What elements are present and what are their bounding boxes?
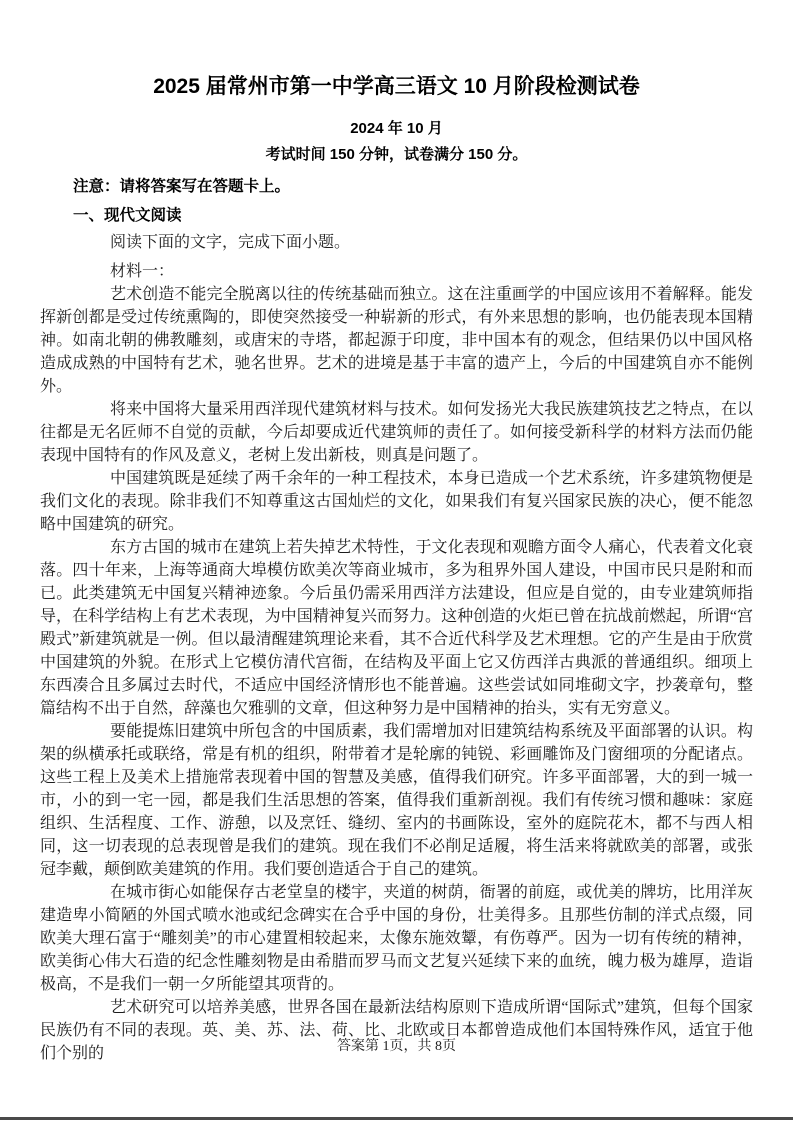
page-bottom-scan-border [0,1117,793,1120]
material-paragraph-3: 中国建筑既是延续了两千余年的一种工程技术，本身已造成一个艺术系统，许多建筑物便是… [40,467,753,536]
answer-sheet-notice: 注意：请将答案写在答题卡上。 [40,177,753,196]
material-paragraph-5: 要能提炼旧建筑中所包含的中国质素，我们需增加对旧建筑结构系统及平面部署的认识。构… [40,720,753,881]
material-paragraph-1: 艺术创造不能完全脱离以往的传统基础而独立。这在注重画学的中国应该用不着解释。能发… [40,283,753,398]
material-paragraph-6: 在城市街心如能保存古老堂皇的楼宇，夹道的树荫，衙署的前庭，或优美的牌坊，比用洋灰… [40,881,753,996]
page-number-footer: 答案第 1页，共 8页 [0,1038,793,1056]
exam-duration-info: 考试时间 150 分钟，试卷满分 150 分。 [40,146,753,164]
reading-instruction: 阅读下面的文字，完成下面小题。 [40,231,753,254]
exam-date: 2024 年 10 月 [40,120,753,138]
material-paragraph-2: 将来中国将大量采用西洋现代建筑材料与技术。如何发扬光大我民族建筑技艺之特点，在以… [40,398,753,467]
material-one-label: 材料一： [40,260,753,283]
exam-paper-page: 2025 届常州市第一中学高三语文 10 月阶段检测试卷 2024 年 10 月… [0,0,793,1122]
section-heading-modern-reading: 一、现代文阅读 [40,206,753,225]
material-paragraph-4: 东方古国的城市在建筑上若失掉艺术特性，于文化表现和观瞻方面令人痛心，代表着文化衰… [40,536,753,720]
page-title: 2025 届常州市第一中学高三语文 10 月阶段检测试卷 [40,74,753,100]
page-content: 2025 届常州市第一中学高三语文 10 月阶段检测试卷 2024 年 10 月… [40,0,753,1065]
